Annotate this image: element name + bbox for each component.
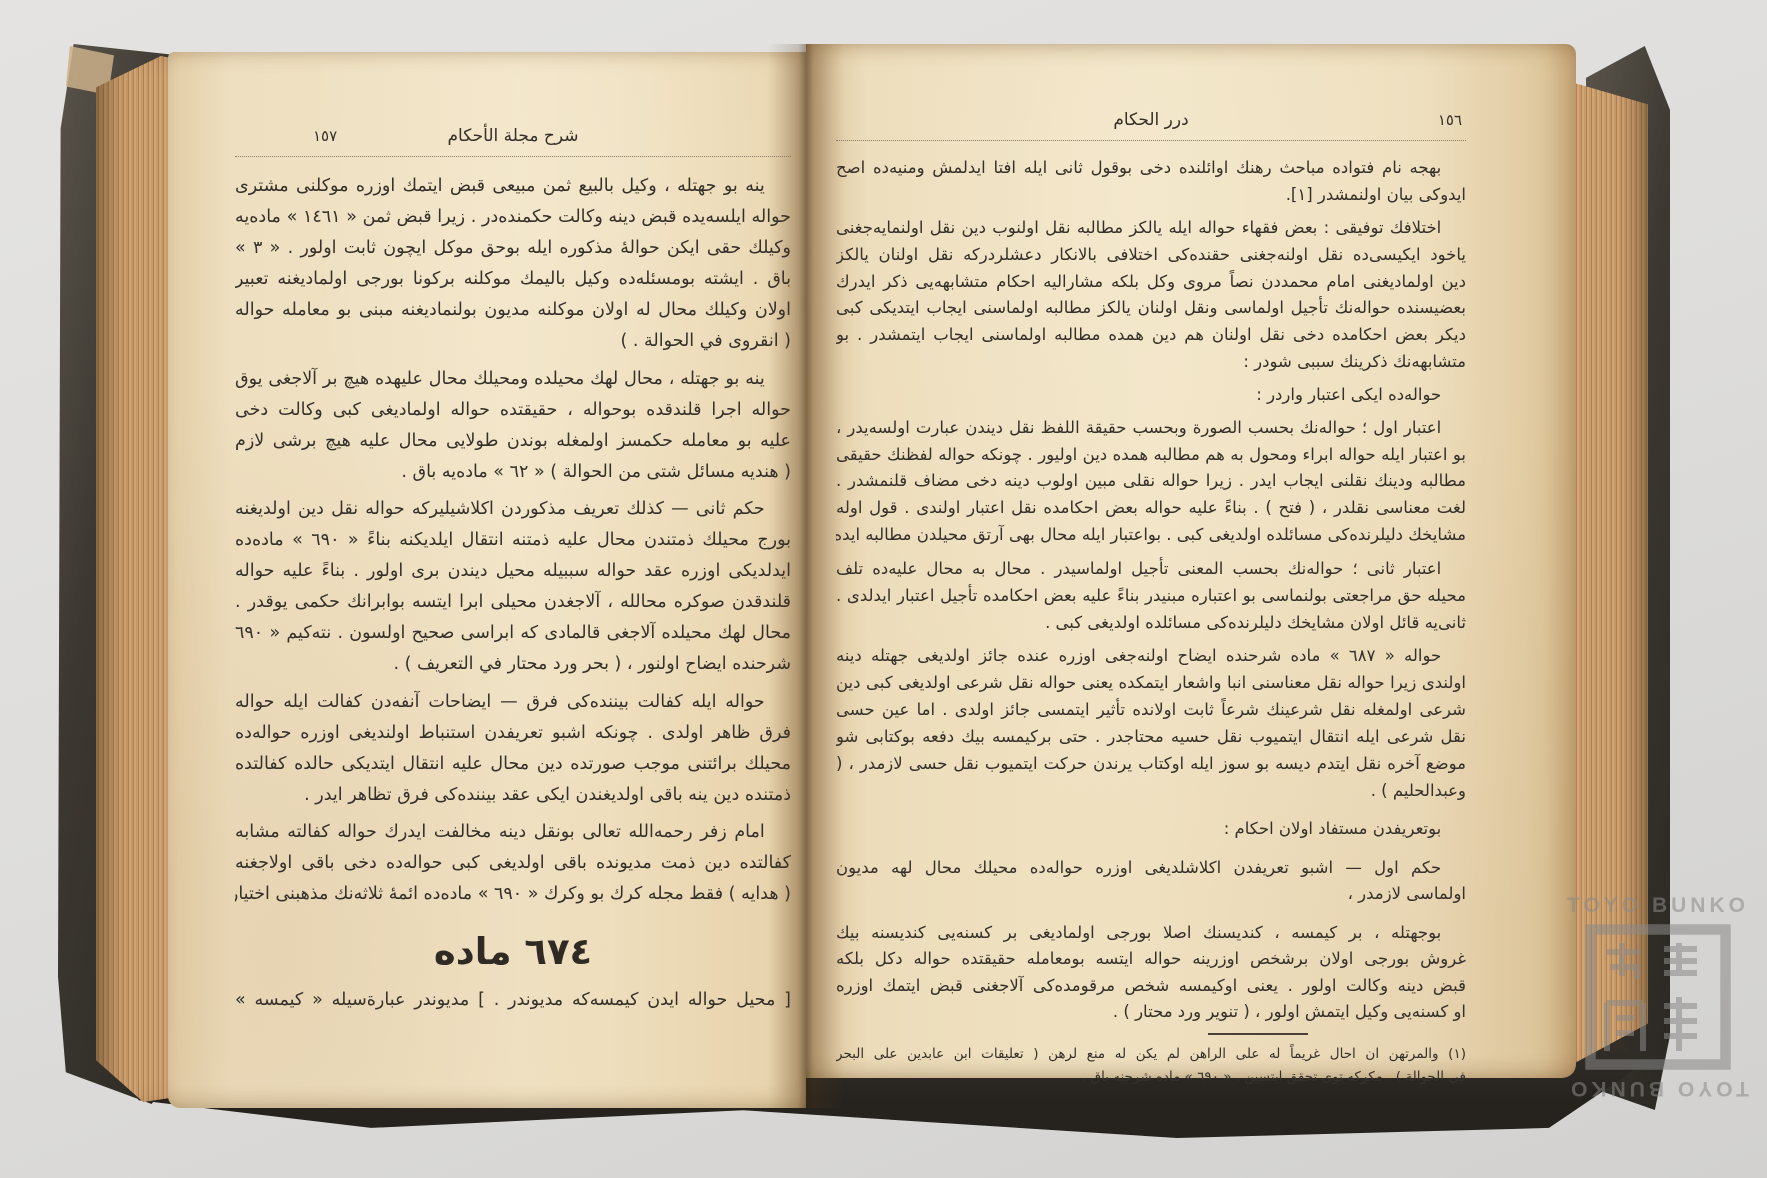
- text-line: ( هدايه ) فقط مجله كرك بو وكرك « ٦٩٠ » م…: [235, 879, 791, 910]
- text-line: اعتبار ثانى ؛ حواله‌نك بحسب المعنى تأجيل…: [836, 556, 1466, 583]
- text-line: اولان وكيلك محال له اولان موكلنه مديون ب…: [235, 295, 791, 326]
- text-line: قلندقدن صوكره محالله ، آلاجغدن محيلى ابر…: [235, 587, 791, 618]
- text-line: عليه بو معامله حكمسز اولمغله بوندن طولاي…: [235, 426, 791, 457]
- text-line: مشايخك دليلرنده‌كى مسائلده اولديغى كبى .…: [836, 522, 1466, 548]
- footnote-separator: [1208, 1033, 1308, 1035]
- text-line: بورج محيلك ذمتندن محال عليه ذمتنه انتقال…: [235, 525, 791, 556]
- right-page-body: بهجه نام فتواده مباحث رهنك اوائلنده دخى …: [836, 155, 1466, 1025]
- text-line: حواله « ٦٨٧ » ماده شرحنده ايضاح اولنه‌جغ…: [836, 643, 1466, 670]
- text-line: فرق ظاهر اولدى . چونكه اشبو تعريفدن استن…: [235, 718, 791, 749]
- text-line: اولماسى لازمدر ،: [836, 881, 1466, 907]
- text-line: حواله اجرا قلندقده بوحواله ، حقيقتده حوا…: [235, 395, 791, 426]
- right-page: درر الحكام ١٥٦ بهجه نام فتواده مباحث رهن…: [806, 44, 1576, 1078]
- text-line: بوتعريفدن مستفاد اولان احكام :: [836, 816, 1466, 842]
- right-page-text: درر الحكام ١٥٦ بهجه نام فتواده مباحث رهن…: [836, 110, 1466, 1089]
- text-line: ذمتنده دين ينه باقى اولديغندن ايكى عقد ب…: [235, 780, 791, 811]
- left-page-body: ينه بو جهتله ، وكيل بالبيع ثمن مبيعى قبض…: [235, 171, 791, 910]
- text-line: ينه بو جهتله ، محال لهك محيلده ومحيلك مح…: [235, 364, 791, 395]
- text-line: كفالتده دين ذمت مديونده باقى اولديغى كبى…: [235, 848, 791, 879]
- text-line: حواله ايله كفالت بيننده‌كى فرق — ايضاحات…: [235, 687, 791, 718]
- footnote: (١) والمرتهن ان احال غريماً له على الراه…: [836, 1043, 1466, 1089]
- text-line: بعضيسنده حواله‌نك تأجيل اولماسى ونقل اول…: [836, 295, 1466, 321]
- text-line: محيلك برائتنى موجب صورتده دين محال عليه …: [235, 749, 791, 780]
- text-line: ( هنديه مسائل شتى من الحوالة ) « ٦٢ » ما…: [235, 457, 791, 488]
- text-line: دين اولماديغنى امام محمددن نصاً مروى وكل…: [836, 269, 1466, 295]
- text-line: بهجه نام فتواده مباحث رهنك اوائلنده دخى …: [836, 155, 1466, 182]
- text-line: شرعى اولمغله نقل شرعينك شرعاً ثابت اولان…: [836, 697, 1466, 724]
- left-page-text: ١٥٧ شرح مجلة الأحكام ينه بو جهتله ، وكيل…: [235, 126, 791, 1016]
- text-line: موضع آخره نقل ايتدم ديسه بو سوز ايله اوك…: [836, 751, 1466, 778]
- text-line: نقل شرعى ايله انتقال ايتميوب نقل حسيه مح…: [836, 724, 1466, 751]
- text-line: وكيلك حقى ايكن حوالهٔ مذكوره ايله بوحق م…: [235, 233, 791, 264]
- text-line: وعبدالحليم ) .: [836, 778, 1466, 804]
- text-line: ينه بو جهتله ، وكيل بالبيع ثمن مبيعى قبض…: [235, 171, 791, 202]
- text-line: حكم اول — اشبو تعريفدن اكلاشلديغى اوزره …: [836, 855, 1466, 881]
- text-line: حواله‌ده ايكى اعتبار واردر :: [836, 382, 1466, 408]
- text-line: حواله ايلسه‌يده قبض دينه وكالت حكمنده‌در…: [235, 202, 791, 233]
- text-line: لغت معناسى نقلدر ، ( فتح ) . بناءً عليه …: [836, 495, 1466, 522]
- text-line: شرحنده ايضاح اولنور ، ( بحر ورد محتار في…: [235, 649, 791, 680]
- text-line: ثانى‌يه قائل اولان مشايخك دليلرنده‌كى مس…: [836, 610, 1466, 636]
- text-line: ايدلديكى اوزره عقد حواله سببيله محيل دين…: [235, 556, 791, 587]
- article-674-text: [ محيل حواله ايدن كيمسه‌كه مديوندر . ] م…: [235, 985, 791, 1016]
- text-line: قبض دينه وكالت اولور . يعنى اوكيمسه شخص …: [836, 973, 1466, 999]
- text-line: متشابهه‌نك ذكرينك سببى شودر :: [836, 349, 1466, 375]
- text-line: حكم ثانى — كذلك تعريف مذكوردن اكلاشيليرك…: [235, 494, 791, 525]
- right-running-title: درر الحكام: [836, 110, 1466, 130]
- left-page-header: ١٥٧ شرح مجلة الأحكام: [235, 126, 791, 157]
- text-line: بوجهتله ، بر كيمسه ، كنديسنك اصلا بورجى …: [836, 920, 1466, 946]
- text-line: محيله حق مراجعتى بولنماسى بو اعتباره مبن…: [836, 583, 1466, 610]
- text-line: او كسنه‌يى وكيل ايتمش اولور ، ( تنوير ور…: [836, 999, 1466, 1025]
- left-page: ١٥٧ شرح مجلة الأحكام ينه بو جهتله ، وكيل…: [168, 52, 806, 1108]
- text-line: اولندى زيرا حواله نقل معناسنى انبا واشعا…: [836, 670, 1466, 697]
- text-line: ايدوكى بيان اولنمشدر [١].: [836, 182, 1466, 208]
- text-line: مطالبه ودينك نقلنى ايجاب ايدر . زيرا حوا…: [836, 468, 1466, 495]
- text-line: محال لهك محيلده آلاجغى قالمادى كه ابراسى…: [235, 618, 791, 649]
- right-page-header: درر الحكام ١٥٦: [836, 110, 1466, 141]
- text-line: باق . ايشته بومسئله‌ده وكيل باليمك موكلن…: [235, 264, 791, 295]
- text-line: بو اعتبار ايله حواله ابراء ومحول به هم م…: [836, 442, 1466, 468]
- text-line: امام زفر رحمه‌الله تعالى بونقل دينه مخال…: [235, 817, 791, 848]
- article-674-heading: ٦٧٤ ماده: [235, 930, 791, 973]
- text-line: ديكر بعض احكامده دخى نقل اولنان هم دين ه…: [836, 322, 1466, 349]
- text-line: (١) والمرتهن ان احال غريماً له على الراه…: [836, 1043, 1466, 1066]
- text-line: اعتبار اول ؛ حواله‌نك بحسب الصورة وبحسب …: [836, 415, 1466, 441]
- book-photo: ١٥٧ شرح مجلة الأحكام ينه بو جهتله ، وكيل…: [0, 0, 1767, 1178]
- text-line: [ محيل حواله ايدن كيمسه‌كه مديوندر . ] م…: [235, 985, 791, 1016]
- text-line: اختلافك توفيقى : بعض فقهاء حواله ايله يا…: [836, 215, 1466, 241]
- text-line: ( انقروى في الحوالة . ): [235, 326, 791, 357]
- left-running-title: شرح مجلة الأحكام: [235, 126, 791, 146]
- text-line: غروش بورجى اولان برشخص اوزرينه حواله ايت…: [836, 946, 1466, 972]
- text-line: في الحوالة ) . مكركه توى تحقق ايتسين . «…: [836, 1066, 1466, 1089]
- right-page-number: ١٥٦: [1438, 111, 1462, 129]
- text-line: ياخود ايكيسى‌ده نقل اولنه‌جغنى حقنده‌كى …: [836, 242, 1466, 269]
